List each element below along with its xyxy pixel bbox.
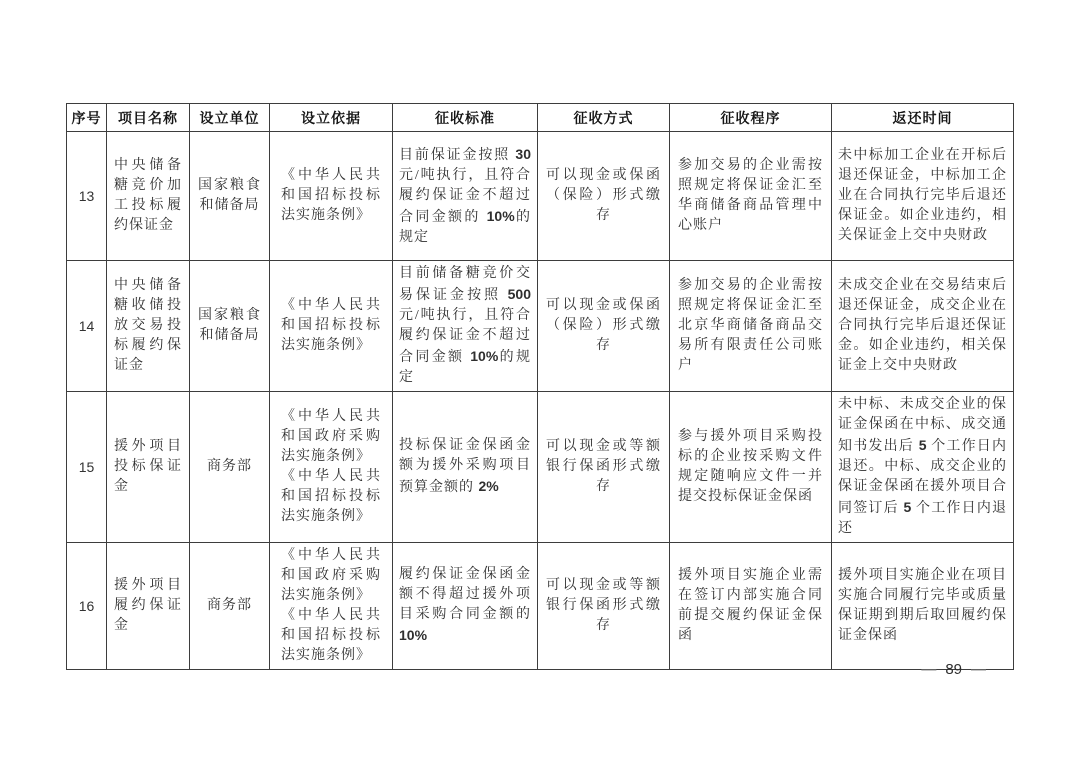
cell-collection-method: 可以现金或等额银行保函形式缴存 xyxy=(538,392,670,543)
cell-refund-time: 援外项目实施企业在项目实施合同履行完毕或质量保证期到期后取回履约保证金保函 xyxy=(832,543,1014,670)
cell-establishing-unit: 国家粮食和储备局 xyxy=(190,132,270,261)
cell-collection-method: 可以现金或等额银行保函形式缴存 xyxy=(538,543,670,670)
header-collection-standard: 征收标准 xyxy=(393,104,538,132)
page-number-dash-right: — xyxy=(962,661,995,678)
table-row: 13 中央储备糖竞价加工投标履约保证金 国家粮食和储备局 《中华人民共和国招标投… xyxy=(67,132,1014,261)
cell-collection-method: 可以现金或保函（保险）形式缴存 xyxy=(538,132,670,261)
page-number: —89— xyxy=(66,661,995,678)
cell-project-name: 援外项目履约保证金 xyxy=(107,543,190,670)
cell-refund-time: 未成交企业在交易结束后退还保证金，成交企业在合同执行完毕后退还保证金。如企业违约… xyxy=(832,261,1014,392)
header-refund-time: 返还时间 xyxy=(832,104,1014,132)
cell-collection-procedure: 参加交易的企业需按照规定将保证金汇至华商储备商品管理中心账户 xyxy=(670,132,832,261)
cell-refund-time: 未中标加工企业在开标后退还保证金，中标加工企业在合同执行完毕后退还保证金。如企业… xyxy=(832,132,1014,261)
cell-collection-procedure: 援外项目实施企业需在签订内部实施合同前提交履约保证金保函 xyxy=(670,543,832,670)
page-number-dash-left: — xyxy=(912,661,945,678)
table-row: 14 中央储备糖收储投放交易投标履约保证金 国家粮食和储备局 《中华人民共和国招… xyxy=(67,261,1014,392)
cell-collection-standard: 履约保证金保函金额不得超过援外项目采购合同金额的 10% xyxy=(393,543,538,670)
cell-collection-standard: 目前储备糖竞价交易保证金按照 500元/吨执行，且符合履约保证金不超过合同金额 … xyxy=(393,261,538,392)
cell-collection-procedure: 参与援外项目采购投标的企业按采购文件规定随响应文件一并提交投标保证金保函 xyxy=(670,392,832,543)
cell-index: 16 xyxy=(67,543,107,670)
cell-index: 13 xyxy=(67,132,107,261)
header-index: 序号 xyxy=(67,104,107,132)
cell-project-name: 援外项目投标保证金 xyxy=(107,392,190,543)
cell-collection-procedure: 参加交易的企业需按照规定将保证金汇至北京华商储备商品交易所有限责任公司账户 xyxy=(670,261,832,392)
cell-establishing-unit: 国家粮食和储备局 xyxy=(190,261,270,392)
cell-collection-method: 可以现金或保函（保险）形式缴存 xyxy=(538,261,670,392)
header-collection-procedure: 征收程序 xyxy=(670,104,832,132)
header-collection-method: 征收方式 xyxy=(538,104,670,132)
header-establishment-basis: 设立依据 xyxy=(270,104,393,132)
cell-collection-standard: 目前保证金按照 30元/吨执行，且符合履约保证金不超过合同金额的 10%的规定 xyxy=(393,132,538,261)
cell-establishing-unit: 商务部 xyxy=(190,543,270,670)
cell-establishment-basis: 《中华人民共和国政府采购法实施条例》 《中华人民共和国招标投标法实施条例》 xyxy=(270,392,393,543)
cell-index: 14 xyxy=(67,261,107,392)
cell-collection-standard: 投标保证金保函金额为援外采购项目预算金额的 2% xyxy=(393,392,538,543)
page-number-value: 89 xyxy=(945,661,962,678)
cell-refund-time: 未中标、未成交企业的保证金保函在中标、成交通知书发出后 5 个工作日内退还。中标… xyxy=(832,392,1014,543)
cell-index: 15 xyxy=(67,392,107,543)
cell-establishing-unit: 商务部 xyxy=(190,392,270,543)
cell-establishment-basis: 《中华人民共和国政府采购法实施条例》 《中华人民共和国招标投标法实施条例》 xyxy=(270,543,393,670)
document-page: 序号 项目名称 设立单位 设立依据 征收标准 征收方式 征收程序 返还时间 13… xyxy=(0,0,1074,757)
cell-project-name: 中央储备糖收储投放交易投标履约保证金 xyxy=(107,261,190,392)
header-establishing-unit: 设立单位 xyxy=(190,104,270,132)
table-row: 16 援外项目履约保证金 商务部 《中华人民共和国政府采购法实施条例》 《中华人… xyxy=(67,543,1014,670)
deposit-items-table: 序号 项目名称 设立单位 设立依据 征收标准 征收方式 征收程序 返还时间 13… xyxy=(66,103,1014,670)
cell-project-name: 中央储备糖竞价加工投标履约保证金 xyxy=(107,132,190,261)
table-row: 15 援外项目投标保证金 商务部 《中华人民共和国政府采购法实施条例》 《中华人… xyxy=(67,392,1014,543)
table-header-row: 序号 项目名称 设立单位 设立依据 征收标准 征收方式 征收程序 返还时间 xyxy=(67,104,1014,132)
cell-establishment-basis: 《中华人民共和国招标投标法实施条例》 xyxy=(270,261,393,392)
header-project-name: 项目名称 xyxy=(107,104,190,132)
cell-establishment-basis: 《中华人民共和国招标投标法实施条例》 xyxy=(270,132,393,261)
